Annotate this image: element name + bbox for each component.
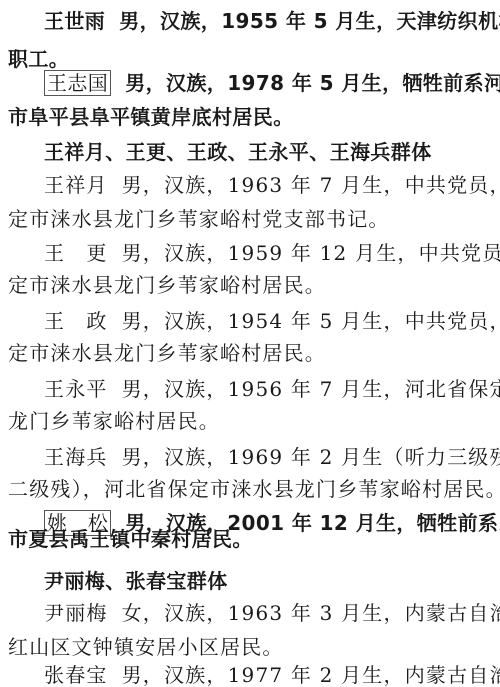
entry-wanghaibing-line1: 王海兵男，汉族，1969 年 2 月生（听力三级残疾，言语: [44, 444, 494, 470]
person-name: 王 政: [44, 309, 108, 333]
entry-wanghaibing-line2: 二级残），河北省保定市涞水县龙门乡苇家峪村居民。: [8, 476, 494, 502]
entry-wangzhiguo-line1: 王志国男，汉族，1978 年 5 月生，牺牲前系河北省保定: [44, 70, 494, 96]
entry-wangzheng-line1: 王 政男，汉族，1954 年 5 月生，中共党员，河北省保: [44, 308, 494, 334]
person-description: 男，汉族，1978 年 5 月生，牺牲前系河北省保定: [125, 71, 500, 95]
entry-yinlimei-line1: 尹丽梅女，汉族，1963 年 3 月生，内蒙古自治区赤峰市: [44, 600, 494, 626]
person-description: 女，汉族，1963 年 3 月生，内蒙古自治区赤峰市: [122, 601, 500, 625]
entry-wanggeng-line2: 定市涞水县龙门乡苇家峪村居民。: [8, 272, 494, 298]
person-description: 男，汉族，1969 年 2 月生（听力三级残疾，言语: [122, 445, 500, 469]
person-description: 男，汉族，1954 年 5 月生，中共党员，河北省保: [122, 309, 500, 333]
entry-wangxiangyue-line1: 王祥月男，汉族，1963 年 7 月生，中共党员，河北省保: [44, 172, 494, 198]
person-name: 王 更: [44, 241, 108, 265]
entry-wangyongping-line2: 龙门乡苇家峪村居民。: [8, 408, 494, 434]
entry-wangshiyu-line2: 职工。: [8, 46, 494, 72]
group-title-wang: 王祥月、王更、王政、王永平、王海兵群体: [44, 139, 494, 165]
person-name: 尹丽梅: [44, 601, 108, 625]
person-description: 男，汉族，1955 年 5 月生，天津纺织机械厂退休: [119, 9, 500, 33]
entry-wangshiyu-line1: 王世雨男，汉族，1955 年 5 月生，天津纺织机械厂退休: [44, 8, 494, 34]
person-description: 男，汉族，1963 年 7 月生，中共党员，河北省保: [122, 173, 500, 197]
group-title-yin-zhang: 尹丽梅、张春宝群体: [44, 568, 494, 594]
entry-wangzhiguo-line2: 市阜平县阜平镇黄岸底村居民。: [8, 104, 494, 130]
person-name: 王永平: [44, 377, 108, 401]
entry-wangxiangyue-line2: 定市涞水县龙门乡苇家峪村党支部书记。: [8, 206, 494, 232]
person-name: 王祥月: [44, 173, 108, 197]
person-name: 张春宝: [44, 663, 108, 687]
person-description: 男，汉族，1959 年 12 月生，中共党员，河北省保: [122, 241, 500, 265]
entry-zhangchunbao-line1: 张春宝男，汉族，1977 年 2 月生，内蒙古自治区赤峰市: [44, 662, 494, 687]
entry-yaosong-line2: 市夏县禹王镇中秦村居民。: [8, 526, 494, 552]
entry-yinlimei-line2: 红山区文钟镇安居小区居民。: [8, 634, 494, 660]
person-name: 王海兵: [44, 445, 108, 469]
person-name-boxed: 王志国: [44, 70, 111, 96]
person-name: 王世雨: [44, 9, 105, 33]
person-description: 男，汉族，1977 年 2 月生，内蒙古自治区赤峰市: [122, 663, 500, 687]
entry-wangzheng-line2: 定市涞水县龙门乡苇家峪村居民。: [8, 340, 494, 366]
entry-wanggeng-line1: 王 更男，汉族，1959 年 12 月生，中共党员，河北省保: [44, 240, 494, 266]
entry-wangyongping-line1: 王永平男，汉族，1956 年 7 月生，河北省保定市涞水县: [44, 376, 494, 402]
person-description: 男，汉族，1956 年 7 月生，河北省保定市涞水县: [122, 377, 500, 401]
